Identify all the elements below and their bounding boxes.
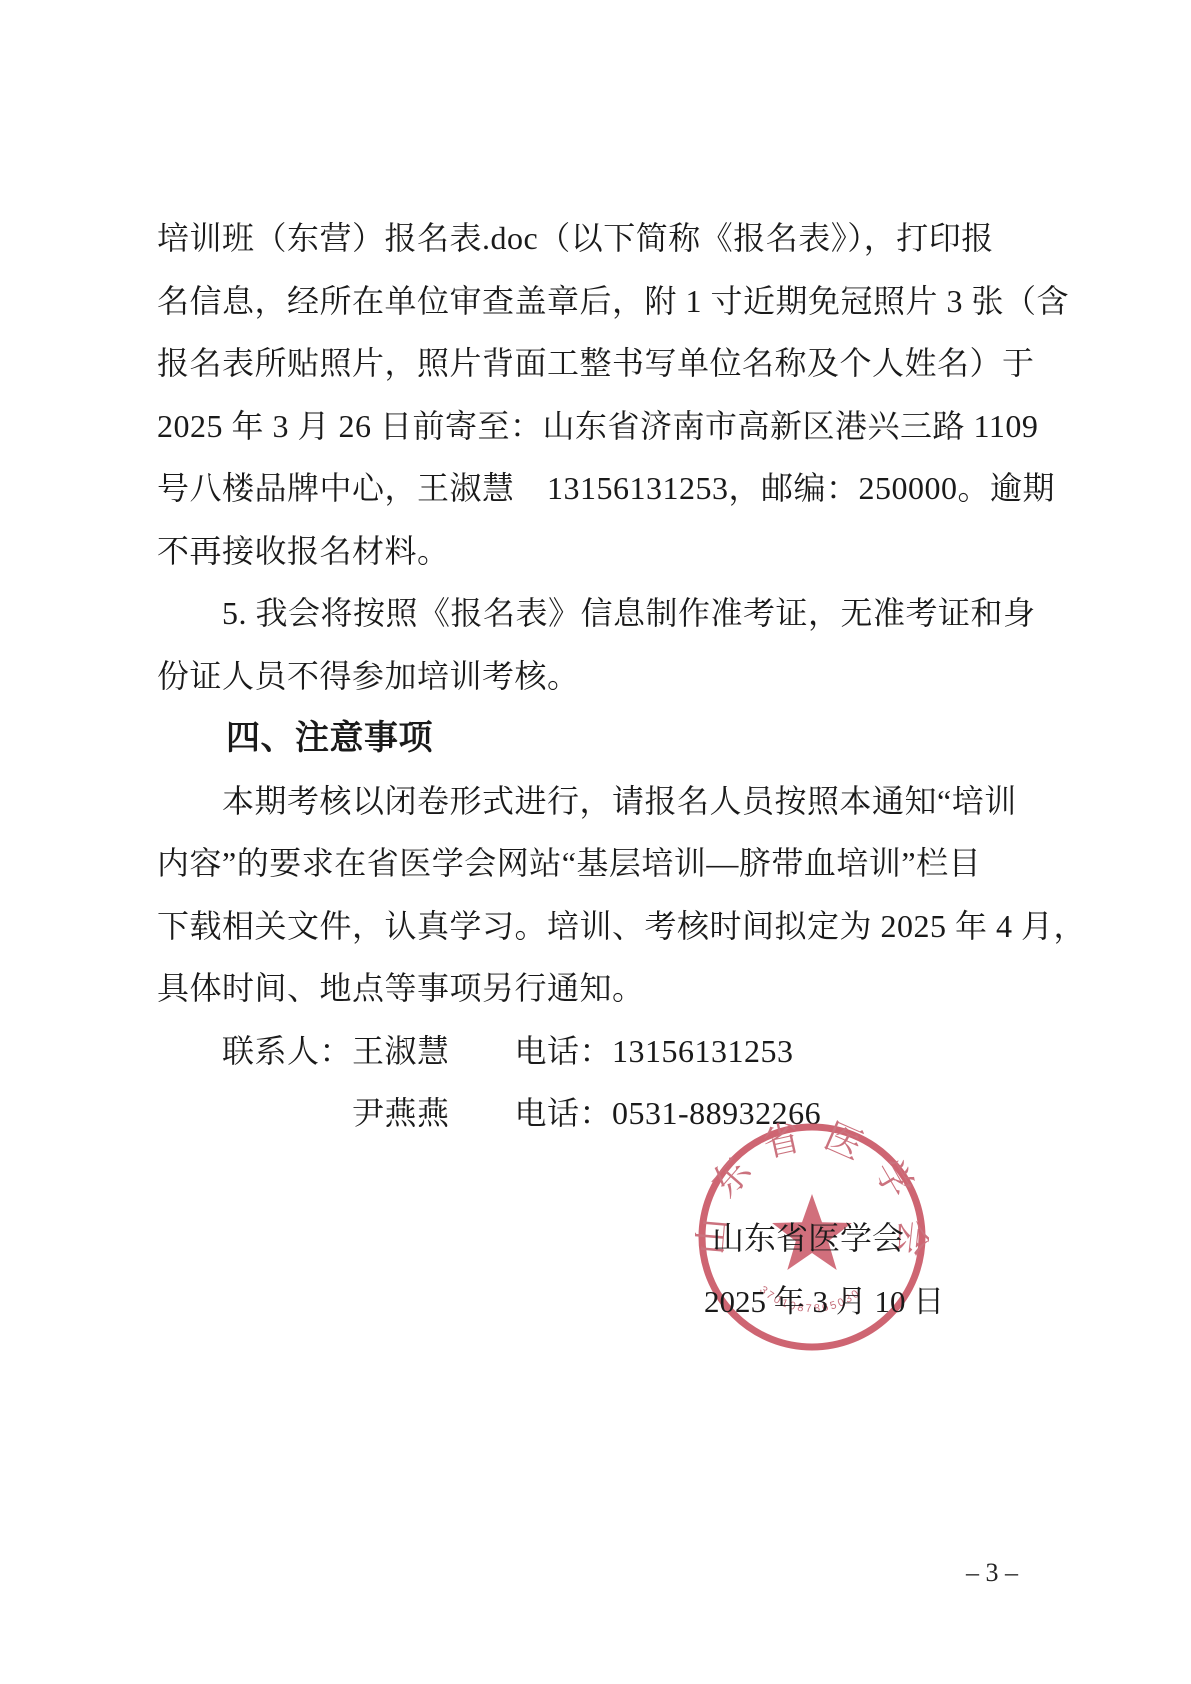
document-line: 2025 年 3 月 26 日前寄至：山东省济南市高新区港兴三路 1109: [157, 395, 1047, 458]
document-line: 具体时间、地点等事项另行通知。: [157, 957, 1047, 1020]
issuer-name: 山东省医学会: [712, 1213, 904, 1259]
issue-date: 2025 年 3 月 10 日: [704, 1276, 944, 1321]
document-line: 不再接收报名材料。: [157, 520, 1047, 583]
document-line: 培训班（东营）报名表.doc（以下简称《报名表》），打印报: [157, 207, 1047, 270]
document-line: 下载相关文件，认真学习。培训、考核时间拟定为 2025 年 4 月，: [157, 895, 1047, 958]
page-number: – 3 –: [966, 1558, 1018, 1588]
document-page: { "document": { "lines": [ {"text": "培训班…: [0, 0, 1191, 1684]
document-line: 报名表所贴照片，照片背面工整书写单位名称及个人姓名）于: [157, 332, 1047, 395]
document-line: 名信息，经所在单位审查盖章后，附 1 寸近期免冠照片 3 张（含: [157, 270, 1047, 333]
document-line: 联系人：王淑慧 电话：13156131253: [157, 1020, 1047, 1083]
document-line: 号八楼品牌中心，王淑慧 13156131253，邮编：250000。逾期: [157, 457, 1047, 520]
document-line: 内容”的要求在省医学会网站“基层培训—脐带血培训”栏目: [157, 832, 1047, 895]
document-line: 5. 我会将按照《报名表》信息制作准考证，无准考证和身: [157, 582, 1047, 645]
document-line: 份证人员不得参加培训考核。: [157, 645, 1047, 708]
section-heading: 四、注意事项: [157, 707, 1047, 770]
document-lines: 培训班（东营）报名表.doc（以下简称《报名表》），打印报名信息，经所在单位审查…: [157, 207, 1047, 1145]
document-line: 本期考核以闭卷形式进行，请报名人员按照本通知“培训: [157, 770, 1047, 833]
